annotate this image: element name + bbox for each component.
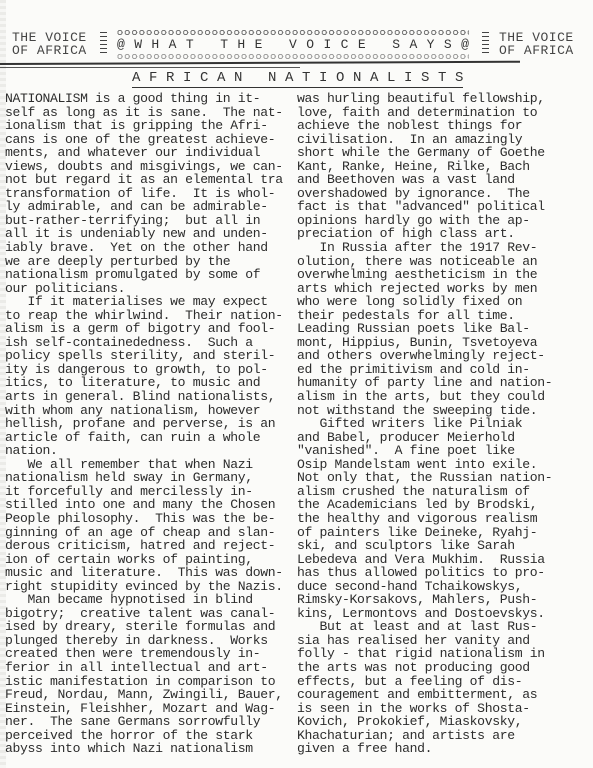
text-line: overwhelming aestheticism in the xyxy=(297,268,591,282)
text-line: short while the Germany of Goethe xyxy=(297,146,591,160)
text-line: right stupidity evinced by the Nazis. xyxy=(5,580,293,594)
text-line: was hurling beautiful fellowship, xyxy=(297,92,591,106)
text-line: to reap the whirlwind. Their nation- xyxy=(5,309,293,323)
text-line: plunged thereby in darkness. Works xyxy=(5,634,293,648)
masthead-letter: T xyxy=(186,38,194,52)
text-line: the arts was not producing good xyxy=(297,661,591,675)
masthead-letter: S xyxy=(444,38,452,52)
decorative-bars-left xyxy=(100,32,107,56)
text-line: ly admirable, and can be admirable- xyxy=(5,200,293,214)
text-line: the healthy and vigorous realism xyxy=(297,512,591,526)
text-line: and Babel, producer Meierhold xyxy=(297,431,591,445)
masthead-left-title: THE VOICE OF AFRICA xyxy=(12,31,87,57)
text-line: ionalism that is gripping the Afri- xyxy=(5,119,293,133)
text-line: their pedestals for all time. xyxy=(297,309,591,323)
masthead-letter: I xyxy=(323,38,331,52)
text-line: mont, Hippius, Bunin, Tsvetoyeva xyxy=(297,336,591,350)
text-line: of painters like Deineke, Ryahj- xyxy=(297,526,591,540)
text-line: nation. xyxy=(5,444,293,458)
text-line: Leading Russian poets like Bal- xyxy=(297,322,591,336)
text-line: with whom any nationalism, however xyxy=(5,404,293,418)
text-line: opinions hardly go with the ap- xyxy=(297,214,591,228)
text-line: arts in general. Blind nationalists, xyxy=(5,390,293,404)
text-line: our politicians. xyxy=(5,282,293,296)
text-line: ginning of an age of cheap and slan- xyxy=(5,526,293,540)
text-line: overshadowed by ignorance. The xyxy=(297,187,591,201)
masthead-letter: V xyxy=(289,38,297,52)
masthead-rule-secondary xyxy=(0,67,300,68)
text-line: alism crushed the naturalism of xyxy=(297,485,591,499)
masthead-letter: H xyxy=(237,38,245,52)
text-line: Khachaturian; and artists are xyxy=(297,729,591,743)
text-line: arts which rejected works by men xyxy=(297,282,591,296)
text-line: music and literature. This was down- xyxy=(5,566,293,580)
decorative-at-border-top xyxy=(117,29,469,36)
text-line: is seen in the works of Shosta- xyxy=(297,702,591,716)
text-line: alism in the arts, but they could xyxy=(297,390,591,404)
text-line: perceived the horror of the stark xyxy=(5,729,293,743)
text-line: couragement and embitterment, as xyxy=(297,688,591,702)
text-line: alism is a germ of bigotry and fool- xyxy=(5,322,293,336)
text-line: ner. The sane Germans sorrowfully xyxy=(5,715,293,729)
text-line: Gifted writers like Pilniak xyxy=(297,417,591,431)
text-line: it forcefully and mercilessly in- xyxy=(5,485,293,499)
text-line: But at least and at last Rus- xyxy=(297,620,591,634)
text-line: not but regard it as an elemental tra xyxy=(5,173,293,187)
text-line: ments, and whatever our individual xyxy=(5,146,293,160)
masthead-center-title: @WHAT THE VOICE SAYS@ xyxy=(117,38,469,52)
masthead-right-line-2: OF AFRICA xyxy=(499,44,574,57)
text-line: hellish, profane and perverse, is an xyxy=(5,417,293,431)
text-line: ised by dreary, sterile formulas and xyxy=(5,620,293,634)
text-line: sia has realised her vanity and xyxy=(297,634,591,648)
text-line: has thus allowed politics to pro- xyxy=(297,566,591,580)
text-line: views, doubts and misgivings, we can- xyxy=(5,160,293,174)
masthead-letter: C xyxy=(341,38,349,52)
text-line: "vanished". A fine poet like xyxy=(297,444,591,458)
text-line: Lebedeva and Vera Mukhim. Russia xyxy=(297,553,591,567)
text-line: Kant, Ranke, Heine, Rilke, Bach xyxy=(297,160,591,174)
text-line: nationalism held sway in Germany, xyxy=(5,471,293,485)
text-line: ferior in all intellectual and art- xyxy=(5,661,293,675)
text-line: love, faith and determination to xyxy=(297,106,591,120)
masthead-letter: E xyxy=(358,38,366,52)
masthead-letter xyxy=(375,38,383,52)
text-line: all it is undeniably new and unden- xyxy=(5,227,293,241)
text-line: ish self-containededness. Such a xyxy=(5,336,293,350)
text-line: If it materialises we may expect xyxy=(5,295,293,309)
text-line: created then were tremendously in- xyxy=(5,647,293,661)
newspaper-page: THE VOICE OF AFRICA @WHAT THE VOICE SAYS… xyxy=(0,0,593,768)
text-line: and others overwhelmingly reject- xyxy=(297,349,591,363)
masthead-letter: S xyxy=(392,38,400,52)
text-line: who were long solidly fixed on xyxy=(297,295,591,309)
text-line: not withstand the sweeping tide. xyxy=(297,404,591,418)
text-line: ski, and sculptors like Sarah xyxy=(297,539,591,553)
text-line: transformation of life. It is whol- xyxy=(5,187,293,201)
text-line: In Russia after the 1917 Rev- xyxy=(297,241,591,255)
text-line: bigotry; creative talent was canal- xyxy=(5,607,293,621)
text-line: itics, to literature, to music and xyxy=(5,376,293,390)
masthead-left-line-2: OF AFRICA xyxy=(12,44,87,57)
text-line: humanity of party line and nation- xyxy=(297,376,591,390)
text-line: achieve the noblest things for xyxy=(297,119,591,133)
masthead-right-title: THE VOICE OF AFRICA xyxy=(499,31,574,57)
masthead: THE VOICE OF AFRICA @WHAT THE VOICE SAYS… xyxy=(0,28,593,64)
text-line: folly - that rigid nationalism in xyxy=(297,647,591,661)
text-line: Kovich, Prokokief, Miaskovsky, xyxy=(297,715,591,729)
text-line: duce second-hand Tchaikowskys, xyxy=(297,580,591,594)
text-line: effects, but a feeling of dis- xyxy=(297,675,591,689)
text-line: self as long as it is sane. The nat- xyxy=(5,106,293,120)
masthead-letter xyxy=(203,38,211,52)
masthead-letter: H xyxy=(151,38,159,52)
text-line: nationalism promulgated by some of xyxy=(5,268,293,282)
masthead-letter: T xyxy=(220,38,228,52)
text-line: Man became hypnotised in blind xyxy=(5,593,293,607)
text-line: derous criticism, hatred and reject- xyxy=(5,539,293,553)
article-headline: AFRICAN NATIONALISTS xyxy=(132,70,463,88)
text-line: Freud, Nordau, Mann, Zwingili, Bauer, xyxy=(5,688,293,702)
article-column-left: NATIONALISM is a good thing in it-self a… xyxy=(5,92,293,756)
text-line: ity is dangerous to growth, to pol- xyxy=(5,363,293,377)
text-line: ion of certain works of painting, xyxy=(5,553,293,567)
masthead-letter: W xyxy=(134,38,142,52)
text-line: ed the primitivism and cold in- xyxy=(297,363,591,377)
decorative-at-border-bottom xyxy=(117,53,469,60)
text-line: abyss into which Nazi nationalism xyxy=(5,742,293,756)
masthead-letter: Y xyxy=(427,38,435,52)
text-line: given a free hand. xyxy=(297,742,591,756)
text-line: Einstein, Fleishher, Mozart and Wag- xyxy=(5,702,293,716)
masthead-letter: @ xyxy=(117,38,125,52)
text-line: but-rather-terrifying; but all in xyxy=(5,214,293,228)
text-line: policy spells sterility, and steril- xyxy=(5,349,293,363)
text-line: kins, Lermontovs and Dostoevskys. xyxy=(297,607,591,621)
decorative-bars-right xyxy=(482,32,489,56)
text-line: civilisation. In an amazingly xyxy=(297,133,591,147)
text-line: NATIONALISM is a good thing in it- xyxy=(5,92,293,106)
text-line: and Beethoven was a vast land xyxy=(297,173,591,187)
article-column-right: was hurling beautiful fellowship,love, f… xyxy=(297,92,591,756)
masthead-letter xyxy=(272,38,280,52)
text-line: iably brave. Yet on the other hand xyxy=(5,241,293,255)
text-line: stilled into one and many the Chosen xyxy=(5,498,293,512)
masthead-letter: @ xyxy=(461,38,469,52)
text-line: we are deeply perturbed by the xyxy=(5,255,293,269)
text-line: the Academicians led by Brodski, xyxy=(297,498,591,512)
text-line: fact is that "advanced" political xyxy=(297,200,591,214)
text-line: People philosophy. This was the be- xyxy=(5,512,293,526)
text-line: We all remember that when Nazi xyxy=(5,458,293,472)
masthead-letter: A xyxy=(409,38,417,52)
text-line: istic manifestation in comparison to xyxy=(5,675,293,689)
text-line: olution, there was noticeable an xyxy=(297,255,591,269)
text-line: Osip Mandelstam went into exile. xyxy=(297,458,591,472)
masthead-letter: E xyxy=(255,38,263,52)
masthead-letter: A xyxy=(169,38,177,52)
text-line: cans is one of the greatest achieve- xyxy=(5,133,293,147)
text-line: preciation of high class art. xyxy=(297,227,591,241)
text-line: article of faith, can ruin a whole xyxy=(5,431,293,445)
masthead-letter: O xyxy=(306,38,314,52)
text-line: Rimsky-Korsakovs, Mahlers, Push- xyxy=(297,593,591,607)
text-line: Not only that, the Russian nation- xyxy=(297,471,591,485)
